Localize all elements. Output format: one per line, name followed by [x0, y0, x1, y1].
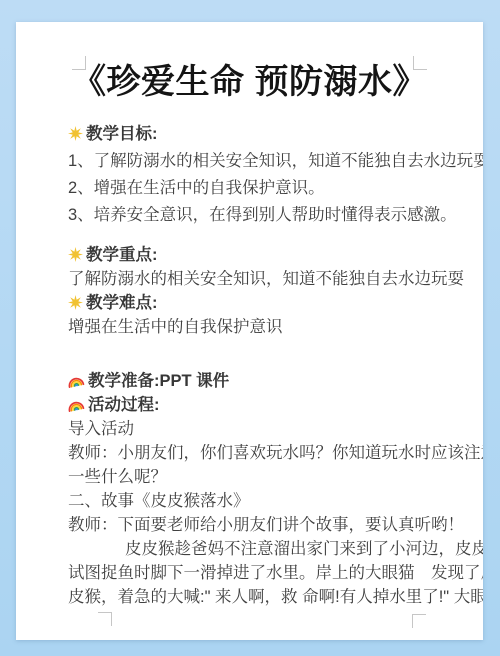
text-line: 试图捉鱼时脚下一滑掉进了水里。岸上的大眼猫 发现了皮	[68, 561, 447, 585]
line-text: 皮皮猴趁爸妈不注意溜出家门来到了小河边，皮皮猴	[125, 540, 483, 558]
line-text: 教学目标:	[86, 125, 158, 143]
text-line: 增强在生活中的自我保护意识	[68, 315, 447, 339]
line-text: 二、故事《皮皮猴落水》	[68, 492, 250, 510]
text-line: 导入活动	[68, 417, 447, 441]
line-text: 教学重点:	[86, 246, 158, 264]
document-page: 《珍爱生命 预防溺水》 教学目标: 1、了解防溺水的相关安全知识，知道不能独自去…	[16, 22, 483, 640]
line-text: 导入活动	[68, 420, 134, 438]
text-line: 教师：小朋友们，你们喜欢玩水吗？你知道玩水时应该注意	[68, 441, 447, 465]
line-text: 2、增强在生活中的自我保护意识。	[68, 179, 325, 197]
text-boundary-mark-top-left	[72, 56, 86, 70]
line-text: 皮猴，着急的大喊:" 来人啊，救 命啊!有人掉水里了!" 大眼	[68, 588, 483, 606]
section-heading-teaching-difficulty: 教学难点:	[68, 291, 447, 315]
text-line: 教师：下面要老师给小朋友们讲个故事，要认真听哟！	[68, 513, 447, 537]
document-body: 教学目标: 1、了解防溺水的相关安全知识，知道不能独自去水边玩耍 2、增强在生活…	[16, 122, 483, 609]
section-heading-teaching-focus: 教学重点:	[68, 243, 447, 267]
text-line: 2、增强在生活中的自我保护意识。	[68, 176, 447, 200]
text-line: 1、了解防溺水的相关安全知识，知道不能独自去水边玩耍	[68, 149, 447, 173]
text-boundary-mark-bottom-left	[98, 612, 112, 626]
line-text: 3、培养安全意识，在得到别人帮助时懂得表示感激。	[68, 206, 457, 224]
text-line: 3、培养安全意识，在得到别人帮助时懂得表示感激。	[68, 203, 447, 227]
section-heading-activity-process: 活动过程:	[68, 393, 447, 417]
line-text: 试图捉鱼时脚下一滑掉进了水里。岸上的大眼猫 发现了皮	[68, 564, 483, 582]
line-text: 增强在生活中的自我保护意识	[68, 318, 283, 336]
sparkle-icon	[68, 126, 83, 141]
section-heading-teaching-goals: 教学目标:	[68, 122, 447, 146]
section-heading-teaching-preparation: 教学准备:PPT 课件	[68, 369, 447, 393]
line-text: 一些什么呢？	[68, 468, 167, 486]
text-line: 了解防溺水的相关安全知识，知道不能独自去水边玩耍	[68, 267, 447, 291]
rainbow-icon	[68, 397, 85, 412]
line-text: 教师：小朋友们，你们喜欢玩水吗？你知道玩水时应该注意	[68, 444, 483, 462]
text-boundary-mark-bottom-right	[412, 614, 426, 628]
text-line: 一些什么呢？	[68, 465, 447, 489]
text-boundary-mark-top-right	[413, 56, 427, 70]
text-line: 皮猴，着急的大喊:" 来人啊，救 命啊!有人掉水里了!" 大眼	[68, 585, 447, 609]
line-text: 教师：下面要老师给小朋友们讲个故事，要认真听哟！	[68, 516, 464, 534]
line-text: 了解防溺水的相关安全知识，知道不能独自去水边玩耍	[68, 270, 464, 288]
text-line: 二、故事《皮皮猴落水》	[68, 489, 447, 513]
line-text: 活动过程:	[88, 396, 160, 414]
sparkle-icon	[68, 295, 83, 310]
line-text: 1、了解防溺水的相关安全知识，知道不能独自去水边玩耍	[68, 152, 483, 170]
text-line: 皮皮猴趁爸妈不注意溜出家门来到了小河边，皮皮猴	[68, 537, 447, 561]
line-text: 教学难点:	[86, 294, 158, 312]
rainbow-icon	[68, 373, 85, 388]
line-text: 教学准备:PPT 课件	[88, 372, 229, 390]
sparkle-icon	[68, 247, 83, 262]
